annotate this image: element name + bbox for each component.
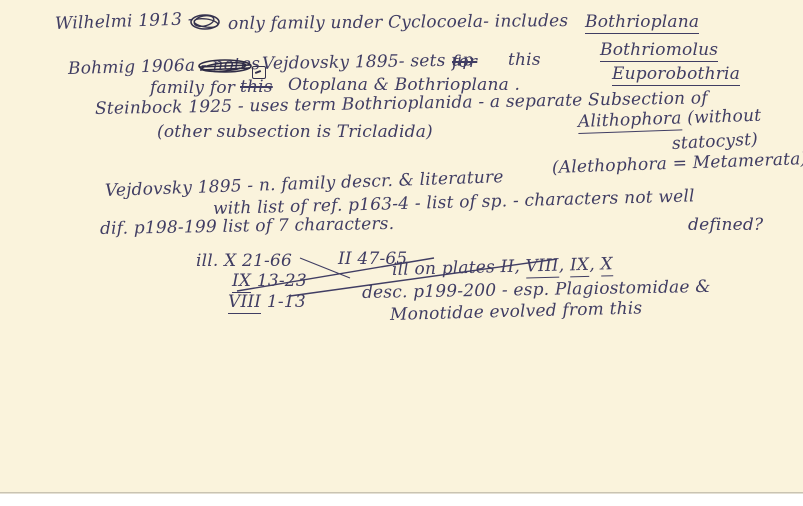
entry-bohmig-struck-for: for <box>452 52 477 72</box>
entry-wilhelmi-heading: Wilhelmi 1913 - <box>55 9 194 34</box>
margin-alithophora-note: (without <box>681 106 761 129</box>
index-card: Wilhelmi 1913 - only family under Cycloc… <box>0 0 803 493</box>
struck-word-for: for <box>452 52 477 72</box>
plate-ref-x: ill. X 21-66 <box>196 251 292 271</box>
entry-bohmig-part3: this <box>508 50 541 70</box>
taxon-bothrioplana-label: Bothrioplana <box>585 12 699 34</box>
plate-ix-pages: 13-23 <box>251 271 307 291</box>
entry-bohmig-part2: Vejdovsky 1895- sets up <box>262 50 474 74</box>
entry-vejdovsky-line3: dif. p198-199 list of 7 characters. <box>100 214 395 239</box>
entry-bohmig-part4: family for <box>150 78 235 98</box>
plates-list-ix: IX <box>570 255 590 277</box>
plate-viii-pages: 1-13 <box>261 292 306 312</box>
taxon-bothriomolus-label: Bothriomolus <box>600 40 718 62</box>
plate-ref-ix: IX 13-23 <box>232 271 307 291</box>
plates-list: ill on plates II, VIII, IX, X <box>392 254 613 280</box>
taxon-bothriomolus: Bothriomolus <box>600 40 718 60</box>
entry-steinbock-line2: (other subsection is Tricladida) <box>157 122 433 142</box>
plate-ref-viii: VIII 1-13 <box>228 292 306 312</box>
monotidae-note: Monotidae evolved from this <box>390 298 643 325</box>
desc-pages-note: desc. p199-200 - esp. Plagiostomidae & <box>362 277 711 303</box>
plates-list-prefix: ill on plates II, <box>392 257 526 280</box>
margin-alethophora-metamerata: (Alethophora = Metamerata). <box>552 149 803 178</box>
taxon-euporobothria-label: Euporobothria <box>612 64 740 86</box>
entry-wilhelmi-body: only family under Cyclocoela- includes <box>228 11 569 34</box>
plates-list-viii: VIII <box>525 256 559 279</box>
entry-bohmig-struck-this: this <box>240 77 273 97</box>
plates-list-sep: , <box>589 255 601 275</box>
plates-list-sep: , <box>559 255 571 275</box>
taxon-alithophora-label: Alithophora <box>578 108 682 134</box>
struck-word-this: this <box>240 77 273 97</box>
plate-ix-numeral: IX <box>232 271 251 293</box>
scribbled-out-word-icon <box>188 12 222 32</box>
entry-vejdovsky-defined: defined? <box>688 215 763 235</box>
taxon-euporobothria: Euporobothria <box>612 64 740 84</box>
plates-list-x: X <box>600 254 613 276</box>
taxon-bothrioplana: Bothrioplana <box>585 12 699 32</box>
insertion-mark-icon <box>252 66 266 79</box>
plate-viii-numeral: VIII <box>228 292 261 314</box>
scribbled-out-word-icon <box>196 58 254 75</box>
